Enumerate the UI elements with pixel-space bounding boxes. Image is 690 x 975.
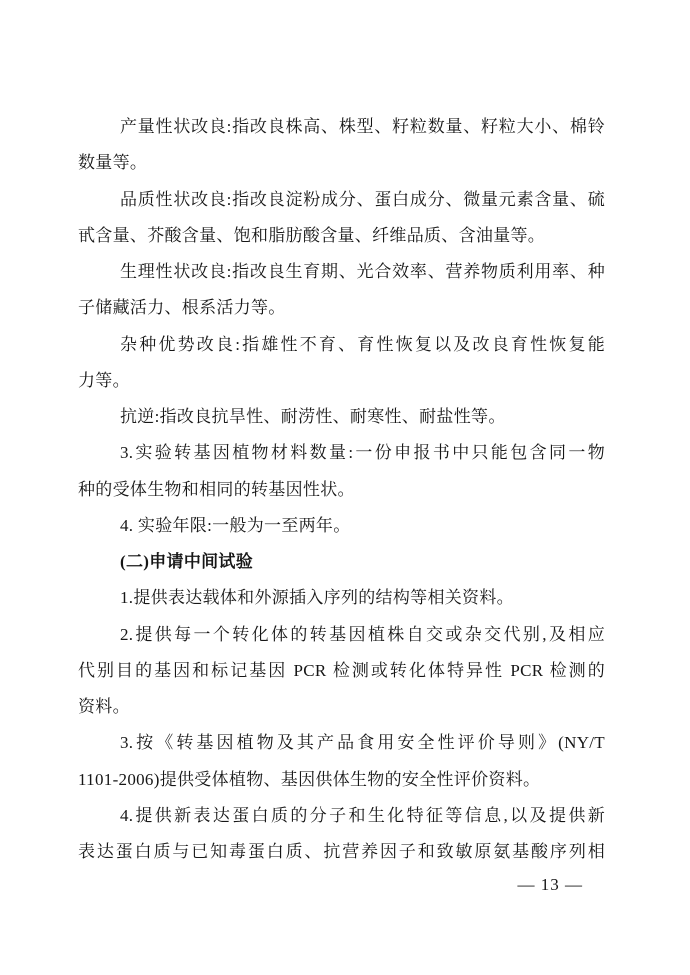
- document-line: 数量等。: [78, 145, 605, 181]
- document-line: 子储藏活力、根系活力等。: [78, 290, 605, 326]
- text-block: 产量性状改良:指改良株高、株型、籽粒数量、籽粒大小、棉铃 数量等。 品质性状改良…: [78, 109, 605, 870]
- document-line: 3.按《转基因植物及其产品食用安全性评价导则》(NY/T: [78, 725, 605, 761]
- document-line: 生理性状改良:指改良生育期、光合效率、营养物质利用率、种: [78, 254, 605, 290]
- document-line: 甙含量、芥酸含量、饱和脂肪酸含量、纤维品质、含油量等。: [78, 218, 605, 254]
- document-line: 1.提供表达载体和外源插入序列的结构等相关资料。: [78, 580, 605, 616]
- document-line: 代别目的基因和标记基因 PCR 检测或转化体特异性 PCR 检测的: [78, 653, 605, 689]
- document-line: 抗逆:指改良抗旱性、耐涝性、耐寒性、耐盐性等。: [78, 399, 605, 435]
- document-line: 力等。: [78, 363, 605, 399]
- section-heading: (二)申请中间试验: [78, 544, 605, 580]
- document-line: 4. 实验年限:一般为一至两年。: [78, 508, 605, 544]
- page-number: — 13 —: [78, 872, 605, 898]
- document-line: 2.提供每一个转化体的转基因植株自交或杂交代别,及相应: [78, 617, 605, 653]
- document-page: 产量性状改良:指改良株高、株型、籽粒数量、籽粒大小、棉铃 数量等。 品质性状改良…: [0, 0, 690, 975]
- document-line: 表达蛋白质与已知毒蛋白质、抗营养因子和致敏原氨基酸序列相: [78, 834, 605, 870]
- document-line: 3.实验转基因植物材料数量:一份申报书中只能包含同一物: [78, 435, 605, 471]
- document-line: 杂种优势改良:指雄性不育、育性恢复以及改良育性恢复能: [78, 327, 605, 363]
- document-line: 资料。: [78, 689, 605, 725]
- document-line: 产量性状改良:指改良株高、株型、籽粒数量、籽粒大小、棉铃: [78, 109, 605, 145]
- document-line: 种的受体生物和相同的转基因性状。: [78, 472, 605, 508]
- document-line: 1101-2006)提供受体植物、基因供体生物的安全性评价资料。: [78, 762, 605, 798]
- document-line: 4.提供新表达蛋白质的分子和生化特征等信息,以及提供新: [78, 798, 605, 834]
- document-line: 品质性状改良:指改良淀粉成分、蛋白成分、微量元素含量、硫: [78, 182, 605, 218]
